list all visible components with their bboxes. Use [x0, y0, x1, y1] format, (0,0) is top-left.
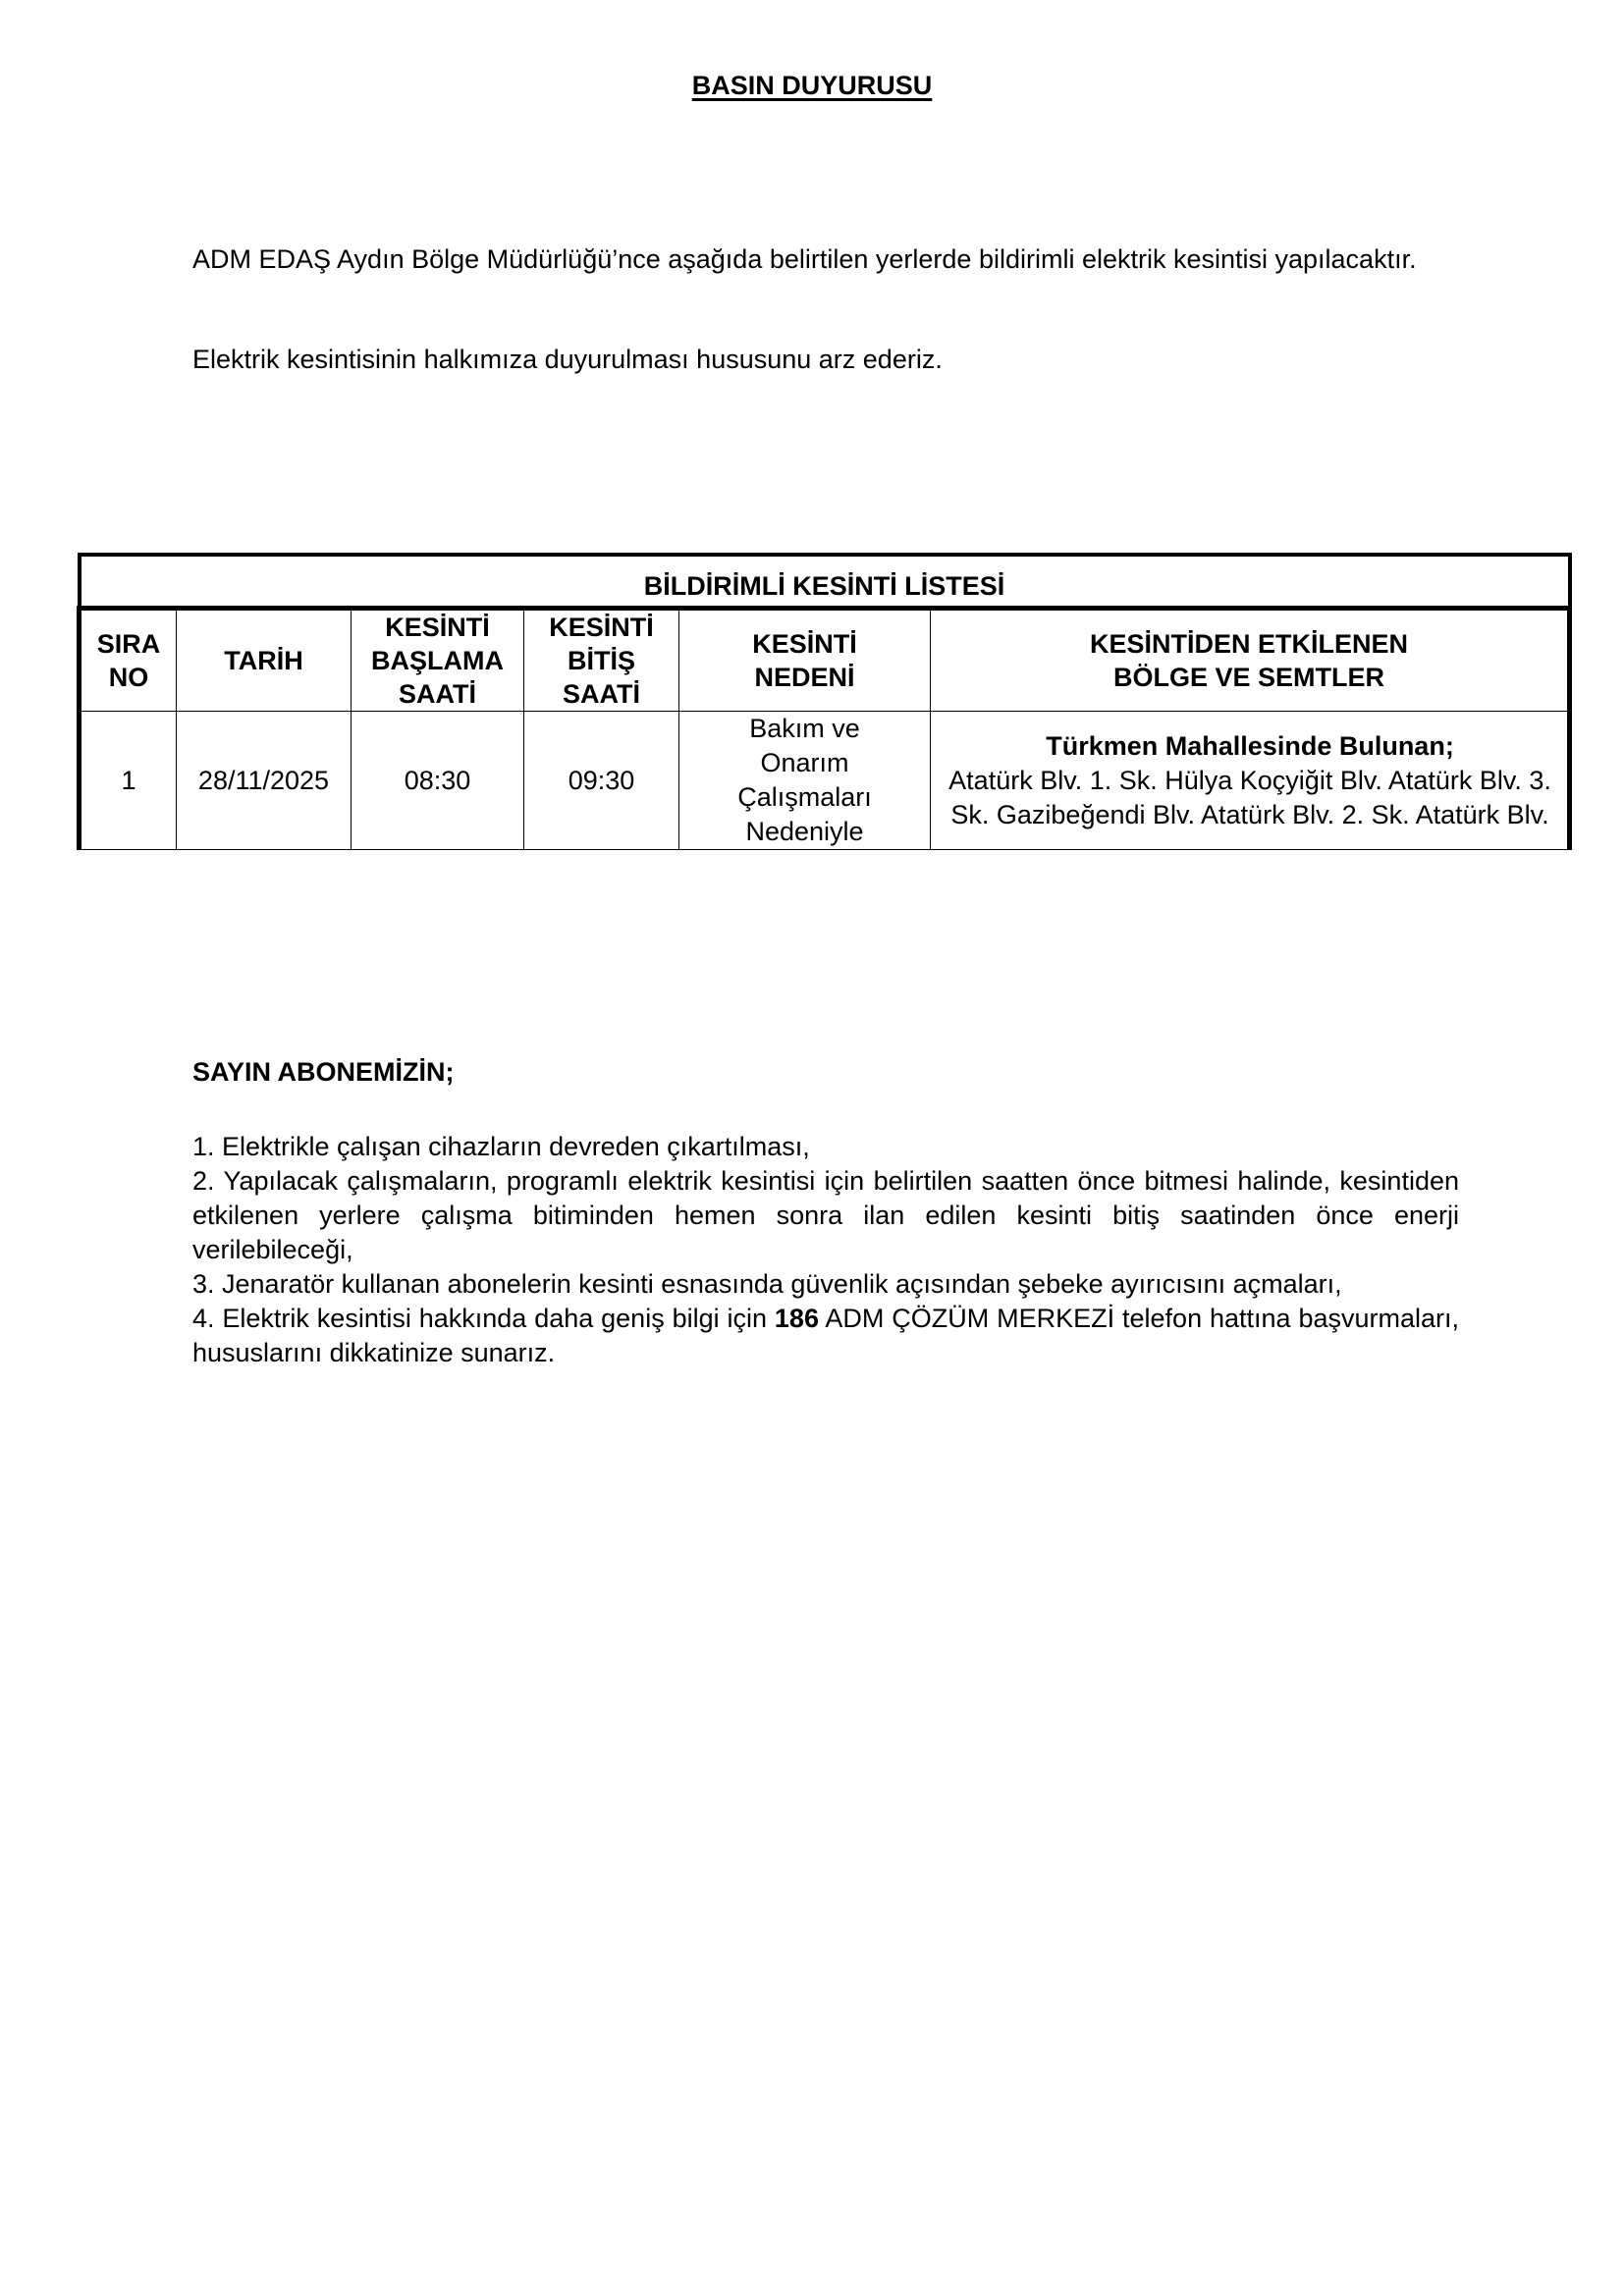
notice-list: 1. Elektrikle çalışan cihazların devrede… [192, 1130, 1459, 1370]
phone-number: 186 [775, 1304, 819, 1333]
notice-heading: SAYIN ABONEMİZİN; [192, 1057, 455, 1088]
table-header-row: SIRANO TARİH KESİNTİBAŞLAMASAATİ KESİNTİ… [80, 609, 1570, 712]
header-sira-no: SIRANO [80, 609, 177, 712]
header-tarih: TARİH [177, 609, 352, 712]
table-row: 1 28/11/2025 08:30 09:30 Bakım ve Onarım… [80, 712, 1570, 850]
cell-baslama-saati: 08:30 [352, 712, 524, 850]
header-bitis-saati: KESİNTİBİTİŞSAATİ [524, 609, 679, 712]
closing-paragraph: Elektrik kesintisinin halkımıza duyurulm… [192, 343, 1459, 377]
table-caption: BİLDİRİMLİ KESİNTİ LİSTESİ [80, 555, 1570, 609]
cell-kesinti-nedeni: Bakım ve Onarım Çalışmaları Nedeniyle [679, 712, 931, 850]
notice-item: 4. Elektrik kesintisi hakkında daha geni… [192, 1302, 1459, 1370]
cell-sira-no: 1 [80, 712, 177, 850]
cell-tarih: 28/11/2025 [177, 712, 352, 850]
notice-item: 3. Jenaratör kullanan abonelerin kesinti… [192, 1267, 1459, 1302]
header-kesinti-nedeni: KESİNTİNEDENİ [679, 609, 931, 712]
page-title: BASIN DUYURUSU [0, 71, 1624, 101]
title-text: BASIN DUYURUSU [692, 71, 933, 100]
cell-etkilenen-bolge: Türkmen Mahallesinde Bulunan; Atatürk Bl… [931, 712, 1570, 850]
notice-item: 2. Yapılacak çalışmaların, programlı ele… [192, 1164, 1459, 1267]
cell-bitis-saati: 09:30 [524, 712, 679, 850]
outage-table: BİLDİRİMLİ KESİNTİ LİSTESİ SIRANO TARİH … [77, 553, 1572, 850]
intro-paragraph: ADM EDAŞ Aydın Bölge Müdürlüğü’nce aşağı… [192, 242, 1459, 277]
header-baslama-saati: KESİNTİBAŞLAMASAATİ [352, 609, 524, 712]
area-title: Türkmen Mahallesinde Bulunan; [941, 729, 1559, 764]
header-etkilenen-bolge: KESİNTİDEN ETKİLENENBÖLGE VE SEMTLER [931, 609, 1570, 712]
notice-item: 1. Elektrikle çalışan cihazların devrede… [192, 1130, 1459, 1164]
area-detail: Atatürk Blv. 1. Sk. Hülya Koçyiğit Blv. … [941, 764, 1559, 832]
